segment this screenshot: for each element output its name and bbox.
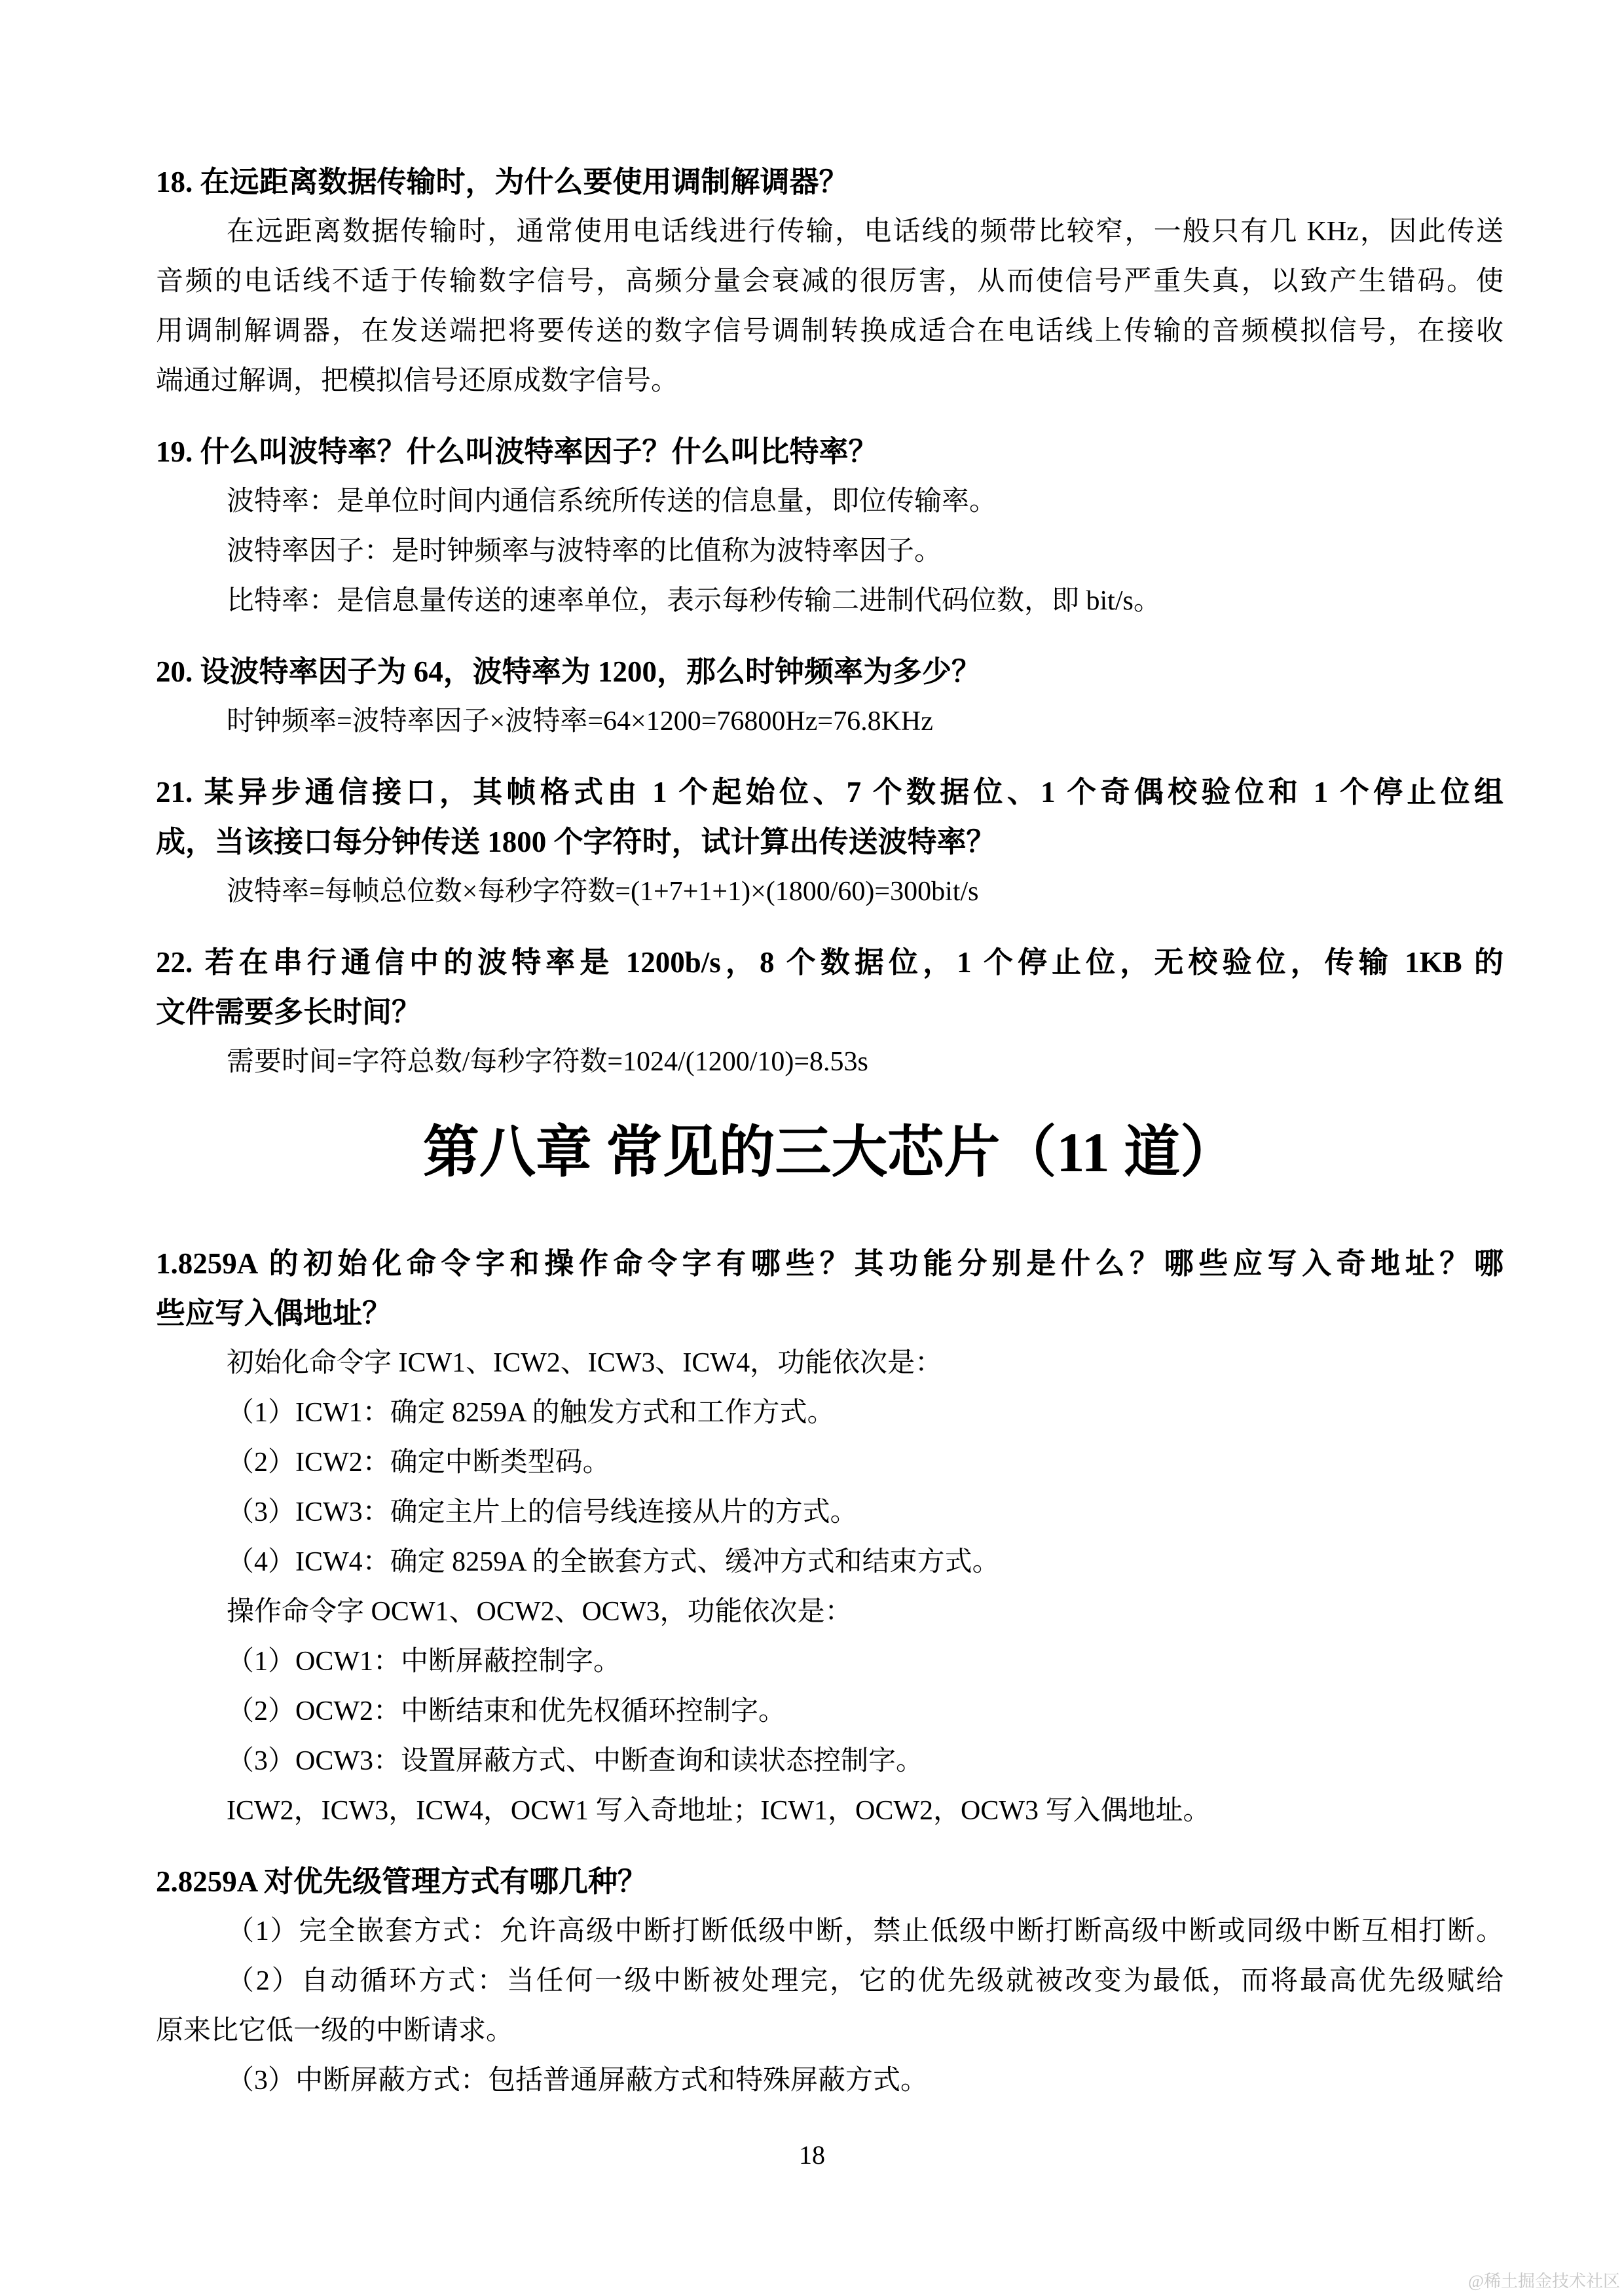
answer-line: （2）OCW2：中断结束和优先权循环控制字。 [156, 1686, 1504, 1736]
question-19-title: 19. 什么叫波特率？什么叫波特率因子？什么叫比特率？ [156, 427, 1504, 477]
question-21-title-continued: 成，当该接口每分钟传送 1800 个字符时，试计算出传送波特率？ [156, 817, 1504, 867]
question-22-title: 22. 若在串行通信中的波特率是 1200b/s，8 个数据位，1 个停止位，无… [156, 938, 1504, 987]
answer-line: 操作命令字 OCW1、OCW2、OCW3，功能依次是： [156, 1587, 1504, 1637]
answer-line: 端通过解调，把模拟信号还原成数字信号。 [156, 356, 1504, 406]
answer-line: （2）自动循环方式：当任何一级中断被处理完，它的优先级就被改变为最低，而将最高优… [156, 1956, 1504, 2006]
page-content: 18. 在远距离数据传输时，为什么要使用调制解调器？ 在远距离数据传输时，通常使… [156, 157, 1504, 2105]
answer-line: 波特率：是单位时间内通信系统所传送的信息量，即位传输率。 [156, 477, 1504, 526]
answer-line: 在远距离数据传输时，通常使用电话线进行传输，电话线的频带比较窄，一般只有几 KH… [156, 207, 1504, 257]
answer-line: 时钟频率=波特率因子×波特率=64×1200=76800Hz=76.8KHz [156, 697, 1504, 746]
question-21-title: 21. 某异步通信接口，其帧格式由 1 个起始位、7 个数据位、1 个奇偶校验位… [156, 767, 1504, 817]
answer-line: 波特率因子：是时钟频率与波特率的比值称为波特率因子。 [156, 526, 1504, 576]
answer-line: 音频的电话线不适于传输数字信号，高频分量会衰减的很厉害，从而使信号严重失真，以致… [156, 257, 1504, 306]
answer-line: （1）OCW1：中断屏蔽控制字。 [156, 1637, 1504, 1686]
page-number: 18 [0, 2140, 1624, 2170]
answer-line: （3）ICW3：确定主片上的信号线连接从片的方式。 [156, 1487, 1504, 1537]
answer-line: （1）ICW1：确定 8259A 的触发方式和工作方式。 [156, 1388, 1504, 1438]
answer-line: （3）中断屏蔽方式：包括普通屏蔽方式和特殊屏蔽方式。 [156, 2056, 1504, 2105]
question-22-title-continued: 文件需要多长时间？ [156, 987, 1504, 1037]
question-1-title-continued: 些应写入偶地址？ [156, 1288, 1504, 1338]
chapter-heading: 第八章 常见的三大芯片（11 道） [156, 1116, 1504, 1189]
question-2-title: 2.8259A 对优先级管理方式有哪几种？ [156, 1857, 1504, 1906]
document-page: 18. 在远距离数据传输时，为什么要使用调制解调器？ 在远距离数据传输时，通常使… [0, 0, 1624, 2296]
answer-line: （4）ICW4：确定 8259A 的全嵌套方式、缓冲方式和结束方式。 [156, 1537, 1504, 1587]
answer-line: 原来比它低一级的中断请求。 [156, 2006, 1504, 2056]
answer-line: 用调制解调器，在发送端把将要传送的数字信号调制转换成适合在电话线上传输的音频模拟… [156, 306, 1504, 356]
answer-line: 波特率=每帧总位数×每秒字符数=(1+7+1+1)×(1800/60)=300b… [156, 867, 1504, 917]
answer-line: 需要时间=字符总数/每秒字符数=1024/(1200/10)=8.53s [156, 1037, 1504, 1087]
watermark: @稀土掘金技术社区 [1468, 2268, 1620, 2292]
answer-line: （1）完全嵌套方式：允许高级中断打断低级中断，禁止低级中断打断高级中断或同级中断… [156, 1906, 1504, 1956]
question-1-title: 1.8259A 的初始化命令字和操作命令字有哪些？其功能分别是什么？哪些应写入奇… [156, 1239, 1504, 1288]
answer-line: （3）OCW3：设置屏蔽方式、中断查询和读状态控制字。 [156, 1736, 1504, 1786]
answer-line: （2）ICW2：确定中断类型码。 [156, 1438, 1504, 1487]
answer-line: ICW2，ICW3，ICW4，OCW1 写入奇地址；ICW1，OCW2，OCW3… [156, 1786, 1504, 1836]
question-18-title: 18. 在远距离数据传输时，为什么要使用调制解调器？ [156, 157, 1504, 207]
answer-line: 初始化命令字 ICW1、ICW2、ICW3、ICW4，功能依次是： [156, 1338, 1504, 1388]
question-20-title: 20. 设波特率因子为 64，波特率为 1200，那么时钟频率为多少？ [156, 647, 1504, 697]
answer-line: 比特率：是信息量传送的速率单位，表示每秒传输二进制代码位数，即 bit/s。 [156, 576, 1504, 626]
